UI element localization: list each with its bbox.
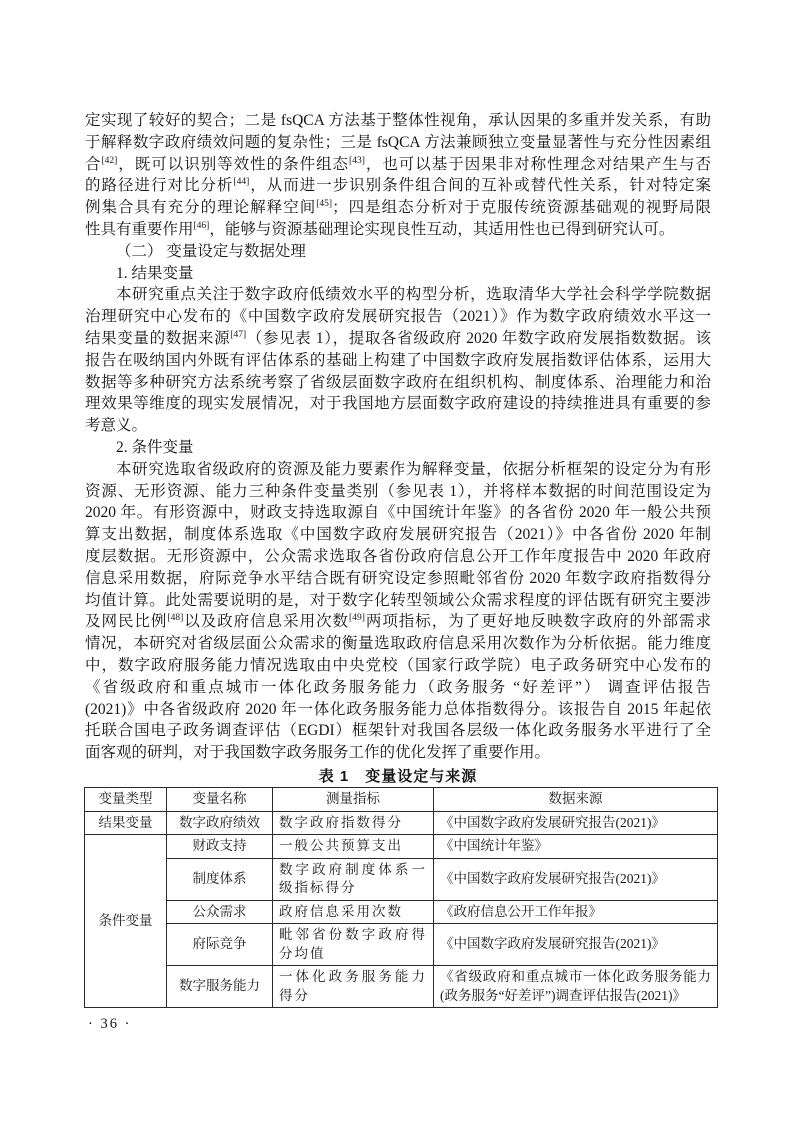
- text-line: 定实现了较好的契合；二是 fsQCA 方法基于整体性视角，承认因果的多重并发关系…: [85, 110, 711, 132]
- cell-indicator: 毗邻省份数字政府得分均值: [273, 924, 434, 966]
- citation-ref: [47]: [230, 330, 246, 340]
- cell-data-source: 《中国数字政府发展研究报告(2021)》: [434, 858, 718, 900]
- table-header-row: 变量类型 变量名称 测量指标 数据来源: [85, 788, 718, 812]
- text-line: 合[42]，既可以识别等效性的条件组态[43]，也可以基于因果非对称性理念对结果…: [85, 154, 711, 176]
- text-line: 结果变量的数据来源[47]（参见表 1），提取各省级政府 2020 年数字政府发…: [85, 328, 711, 350]
- table-row: 公众需求 政府信息采用次数 《政府信息公开工作年报》: [85, 900, 718, 924]
- table-row: 条件变量 财政支持 一般公共预算支出 《中国统计年鉴》: [85, 835, 718, 859]
- text-line: 报告在吸纳国内外既有评估体系的基础上构建了中国数字政府发展指数评估体系，运用大: [85, 350, 711, 372]
- text-line: 数据等多种研究方法系统考察了省级层面数字政府在组织机构、制度体系、治理能力和治: [85, 372, 711, 394]
- section-heading: （二） 变量设定与数据处理: [85, 241, 711, 263]
- cell-variable-name: 数字政府绩效: [167, 811, 273, 835]
- citation-ref: [42]: [101, 155, 117, 165]
- text-line: 考意义。: [85, 415, 711, 437]
- col-header-variable-type: 变量类型: [85, 788, 167, 812]
- cell-variable-name: 数字服务能力: [167, 966, 273, 1008]
- text-line: 理效果等维度的现实发展情况，对于我国地方层面数字政府建设的持续推进具有重要的参: [85, 393, 711, 415]
- text-line: 托联合国电子政务调查评估（EGDI）框架针对我国各层级一体化政务服务水平进行了全: [85, 720, 711, 742]
- cell-data-source: 《省级政府和重点城市一体化政务服务能力(政务服务“好差评”)调查评估报告(202…: [434, 966, 718, 1008]
- section-heading: 1. 结果变量: [85, 263, 711, 285]
- cell-indicator: 一般公共预算支出: [273, 835, 434, 859]
- cell-variable-name: 制度体系: [167, 858, 273, 900]
- cell-variable-name: 公众需求: [167, 900, 273, 924]
- text-line: 的路径进行对比分析[44]，从而进一步识别条件组合间的互补或替代性关系，针对特定…: [85, 175, 711, 197]
- citation-ref: [46]: [194, 221, 210, 231]
- citation-ref: [44]: [233, 177, 249, 187]
- text-line: 资源、无形资源、能力三种条件变量类别（参见表 1），并将样本数据的时间范围设定为: [85, 481, 711, 503]
- table-row: 数字服务能力 一体化政务服务能力得分 《省级政府和重点城市一体化政务服务能力(政…: [85, 966, 718, 1008]
- cell-data-source: 《政府信息公开工作年报》: [434, 900, 718, 924]
- col-header-variable-name: 变量名称: [167, 788, 273, 812]
- table-row: 府际竞争 毗邻省份数字政府得分均值 《中国数字政府发展研究报告(2021)》: [85, 924, 718, 966]
- document-page: 定实现了较好的契合；二是 fsQCA 方法基于整体性视角，承认因果的多重并发关系…: [0, 0, 793, 1122]
- text-line: 本研究选取省级政府的资源及能力要素作为解释变量，依据分析框架的设定分为有形: [85, 459, 711, 481]
- text-line: 及网民比例[48]以及政府信息采用次数[49]两项指标，为了更好地反映数字政府的…: [85, 611, 711, 633]
- cell-variable-name: 府际竞争: [167, 924, 273, 966]
- citation-ref: [45]: [316, 199, 332, 209]
- text-line: 例集合具有充分的理论解释空间[45]；四是组态分析对于克服传统资源基础观的视野局…: [85, 197, 711, 219]
- cell-data-source: 《中国数字政府发展研究报告(2021)》: [434, 924, 718, 966]
- cell-indicator: 数字政府制度体系一级指标得分: [273, 858, 434, 900]
- variables-table: 变量类型 变量名称 测量指标 数据来源 结果变量 数字政府绩效 数字政府指数得分…: [84, 787, 718, 1008]
- cell-variable-type: 条件变量: [85, 835, 167, 1008]
- text-line: 中，数字政府服务能力情况选取由中央党校（国家行政学院）电子政务研究中心发布的: [85, 655, 711, 677]
- text-line: 性具有重要作用[46]，能够与资源基础理论实现良性互动，其适用性也已得到研究认可…: [85, 219, 711, 241]
- citation-ref: [49]: [349, 613, 365, 623]
- text-line: 治理研究中心发布的《中国数字政府发展研究报告（2021）》作为数字政府绩效水平这…: [85, 306, 711, 328]
- table-title: 表 1 变量设定与来源: [85, 765, 711, 786]
- cell-indicator: 政府信息采用次数: [273, 900, 434, 924]
- citation-ref: [48]: [167, 613, 183, 623]
- text-line: 均值计算。此处需要说明的是，对于数字化转型领域公众需求程度的评估既有研究主要涉: [85, 590, 711, 612]
- table-row: 结果变量 数字政府绩效 数字政府指数得分 《中国数字政府发展研究报告(2021)…: [85, 811, 718, 835]
- text-line: 度层数据。无形资源中，公众需求选取各省份政府信息公开工作年度报告中 2020 年…: [85, 546, 711, 568]
- body-text: 定实现了较好的契合；二是 fsQCA 方法基于整体性视角，承认因果的多重并发关系…: [85, 110, 711, 764]
- text-line: (2021)》中各省级政府 2020 年一体化政务服务能力总体指数得分。该报告自…: [85, 699, 711, 721]
- text-line: 《省级政府和重点城市一体化政务服务能力（政务服务 “好差评”） 调查评估报告: [85, 677, 711, 699]
- page-number: · 36 ·: [88, 1016, 131, 1033]
- text-line: 本研究重点关注于数字政府低绩效水平的构型分析，选取清华大学社会科学学院数据: [85, 284, 711, 306]
- cell-data-source: 《中国统计年鉴》: [434, 835, 718, 859]
- text-line: 于解释数字政府绩效问题的复杂性；三是 fsQCA 方法兼顾独立变量显著性与充分性…: [85, 132, 711, 154]
- cell-data-source: 《中国数字政府发展研究报告(2021)》: [434, 811, 718, 835]
- text-line: 情况，本研究对省级层面公众需求的衡量选取政府信息采用次数作为分析依据。能力维度: [85, 633, 711, 655]
- text-line: 面客观的研判，对于我国数字政务服务工作的优化发挥了重要作用。: [85, 742, 711, 764]
- section-heading: 2. 条件变量: [85, 437, 711, 459]
- citation-ref: [43]: [349, 155, 365, 165]
- cell-variable-type: 结果变量: [85, 811, 167, 835]
- cell-indicator: 一体化政务服务能力得分: [273, 966, 434, 1008]
- table-row: 制度体系 数字政府制度体系一级指标得分 《中国数字政府发展研究报告(2021)》: [85, 858, 718, 900]
- col-header-indicator: 测量指标: [273, 788, 434, 812]
- text-line: 算支出数据，制度体系选取《中国数字政府发展研究报告（2021）》中各省份 202…: [85, 524, 711, 546]
- cell-indicator: 数字政府指数得分: [273, 811, 434, 835]
- cell-variable-name: 财政支持: [167, 835, 273, 859]
- text-line: 信息采用数据，府际竞争水平结合既有研究设定参照毗邻省份 2020 年数字政府指数…: [85, 568, 711, 590]
- text-line: 2020 年。有形资源中，财政支持选取源自《中国统计年鉴》的各省份 2020 年…: [85, 502, 711, 524]
- col-header-data-source: 数据来源: [434, 788, 718, 812]
